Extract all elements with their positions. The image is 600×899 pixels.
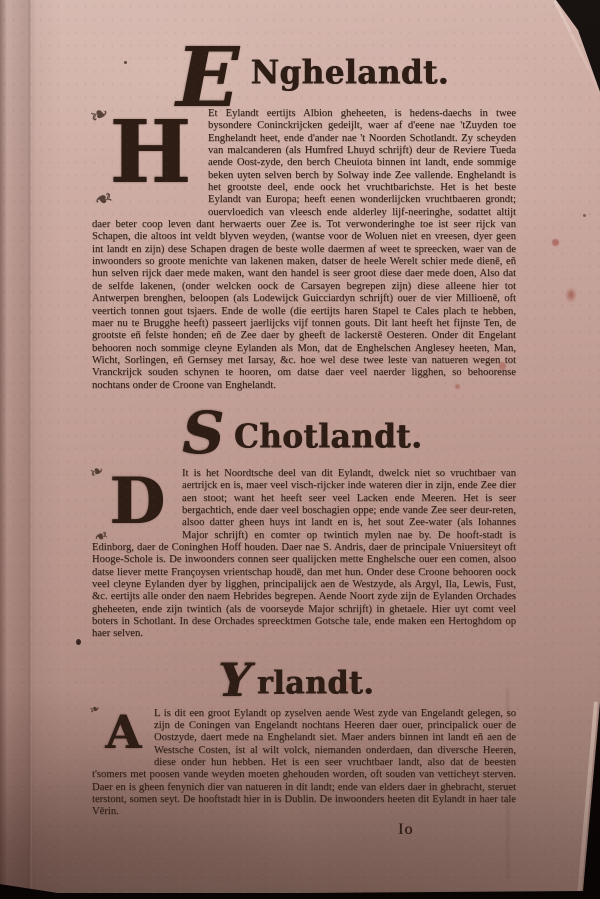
section-england: E Nghelandt. H❧❧Et Eylandt eertijts Albi… xyxy=(92,42,516,392)
paragraph-text: L is dit een groot Eylandt op zyselven a… xyxy=(92,708,516,818)
paragraph-ireland: A❧L is dit een groot Eylandt op zyselven… xyxy=(92,708,516,819)
book-photo: E Nghelandt. H❧❧Et Eylandt eertijts Albi… xyxy=(0,0,600,899)
dropcap-letter: A xyxy=(92,708,154,756)
dropcap-box: H❧❧ xyxy=(92,108,208,207)
heading-england: E Nghelandt. xyxy=(176,42,516,106)
dropcap-letter: D xyxy=(92,468,182,536)
red-stain xyxy=(565,287,577,303)
folio-mark: Io xyxy=(398,821,516,839)
paragraph-scotland: D❧❧It is het Noordtsche deel van dit Eyl… xyxy=(92,468,516,641)
text-block: E Nghelandt. H❧❧Et Eylandt eertijts Albi… xyxy=(92,42,516,839)
page-fold-crease xyxy=(27,0,33,899)
section-ireland: Y rlandt. A❧L is dit een groot Eylandt o… xyxy=(92,657,516,819)
ornate-initial-letter: S xyxy=(182,405,224,461)
ink-speck xyxy=(583,214,586,217)
red-speck xyxy=(552,239,559,246)
heading-ireland: Y rlandt. xyxy=(218,657,516,703)
heading-england-text: Nghelandt. xyxy=(251,54,449,92)
ink-speck xyxy=(76,639,81,645)
heading-ireland-text: rlandt. xyxy=(257,665,374,702)
dropcap-box: D❧❧ xyxy=(92,468,182,542)
section-scotland: S Chotlandt. D❧❧It is het Noordtsche dee… xyxy=(92,405,516,641)
book-page: E Nghelandt. H❧❧Et Eylandt eertijts Albi… xyxy=(0,0,600,899)
paragraph-england: H❧❧Et Eylandt eertijts Albion gheheeten,… xyxy=(92,108,516,392)
page-edge-highlight-top xyxy=(553,0,600,93)
page-edge-highlight-right xyxy=(577,702,598,892)
ornate-initial-letter: Y xyxy=(218,657,251,703)
heading-scotland-text: Chotlandt. xyxy=(234,418,422,456)
dropcap-box: A❧ xyxy=(92,708,154,758)
heading-scotland: S Chotlandt. xyxy=(182,405,516,463)
